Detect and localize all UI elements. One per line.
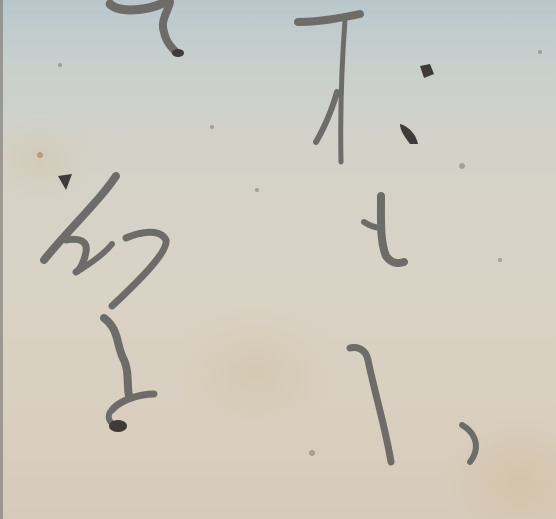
calligraphy-paper: Photograph of cursive Japanese kana call… (0, 0, 556, 519)
glyph-top-left (110, 2, 184, 57)
glyph-shita (298, 14, 434, 162)
paper-specks (37, 50, 542, 456)
glyph-odoriji (462, 425, 476, 462)
glyph-chi (364, 196, 404, 263)
calligraphy-strokes (0, 0, 556, 519)
glyph-nu (44, 174, 166, 432)
glyph-shi (350, 348, 391, 463)
